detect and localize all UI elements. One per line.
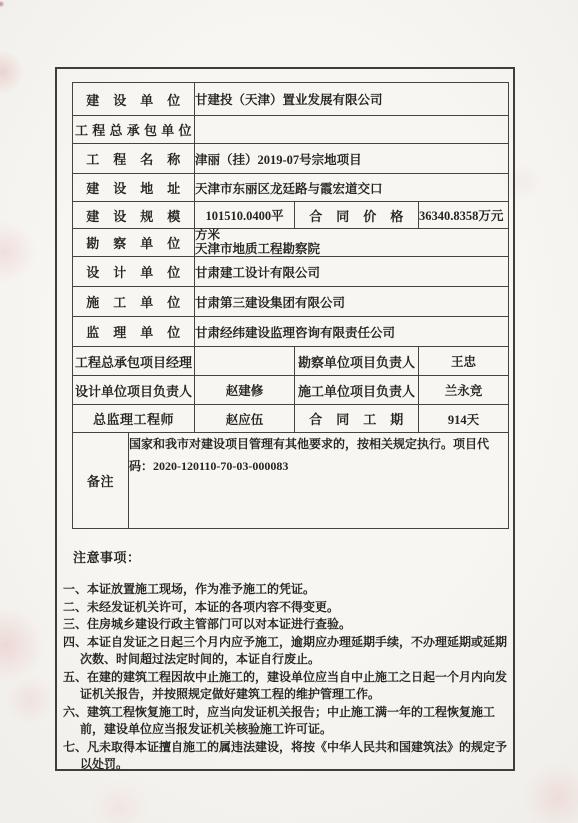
field-label: 施工单位项目负责人: [295, 376, 419, 405]
field-label: 总监理工程师: [73, 405, 195, 433]
notes-title: 注意事项：: [73, 547, 141, 566]
note-item: 五、在建的建筑工程因故中止施工的，建设单位应当自中止施工之日起一个月内向发 证机…: [63, 669, 515, 704]
field-label: 建 设 单 位: [73, 83, 195, 116]
field-value: 甘肃建工设计有限公司: [195, 257, 509, 287]
note-item: 二、未经发证机关许可，本证的各项内容不得变更。: [63, 599, 515, 617]
field-label: 工 程 总 承 包 单 位: [73, 116, 195, 144]
field-value: 王忠: [419, 347, 509, 376]
row-general-contractor: 工 程 总 承 包 单 位: [73, 116, 509, 144]
row-supervision-unit: 监 理 单 位 甘肃经纬建设监理咨询有限责任公司: [73, 317, 509, 347]
field-value: 914天: [419, 405, 509, 433]
field-value: 101510.0400平: [195, 202, 295, 229]
field-value: 津丽（挂）2019-07号宗地项目: [195, 144, 509, 174]
row-construction-company: 施 工 单 位 甘肃第三建设集团有限公司: [73, 287, 509, 317]
row-project-managers-3: 总监理工程师 赵应伍 合 同 工 期 914天: [73, 405, 509, 433]
field-value: [195, 116, 509, 144]
row-project-managers-2: 设计单位项目负责人 赵建修 施工单位项目负责人 兰永竞: [73, 376, 509, 405]
field-value: 国家和我市对建设项目管理有其他要求的，按相关规定执行。项目代 码：2020-12…: [129, 433, 509, 529]
field-label: 勘察单位项目负责人: [295, 347, 419, 376]
row-design-unit: 设 计 单 位 甘肃建工设计有限公司: [73, 257, 509, 287]
note-item: 七、凡未取得本证擅自施工的属违法建设，将按《中华人民共和国建筑法》的规定予 以处…: [63, 739, 515, 774]
row-remark: 备注 国家和我市对建设项目管理有其他要求的，按相关规定执行。项目代 码：2020…: [73, 433, 509, 529]
row-scale-and-price: 建 设 规 模 101510.0400平 合 同 价 格 36340.8358万…: [73, 202, 509, 229]
field-value: 甘肃经纬建设监理咨询有限责任公司: [195, 317, 509, 347]
field-value: 36340.8358万元: [419, 202, 509, 229]
scanned-form-page: 建 设 单 位 甘建投（天津）置业发展有限公司 工 程 总 承 包 单 位 工 …: [0, 0, 578, 823]
form-outer-border: 建 设 单 位 甘建投（天津）置业发展有限公司 工 程 总 承 包 单 位 工 …: [55, 67, 515, 771]
row-project-name: 工 程 名 称 津丽（挂）2019-07号宗地项目: [73, 144, 509, 174]
field-value: [195, 347, 295, 376]
field-value: 甘建投（天津）置业发展有限公司: [195, 83, 509, 116]
field-value: 赵应伍: [195, 405, 295, 433]
field-label: 合 同 价 格: [295, 202, 419, 229]
construction-permit-table: 建 设 单 位 甘建投（天津）置业发展有限公司 工 程 总 承 包 单 位 工 …: [72, 82, 509, 529]
row-construction-unit: 建 设 单 位 甘建投（天津）置业发展有限公司: [73, 83, 509, 116]
field-label: 工程总承包项目经理: [73, 347, 195, 376]
field-value: 天津市东丽区龙廷路与霞宏道交口: [195, 174, 509, 202]
field-value: 兰永竞: [419, 376, 509, 405]
row-survey-unit: 勘 察 单 位 方米 天津市地质工程勘察院: [73, 229, 509, 257]
field-label: 设计单位项目负责人: [73, 376, 195, 405]
note-item: 四、本证自发证之日起三个月内应予施工，逾期应办理延期手续，不办理延期或延期 次数…: [63, 634, 515, 669]
note-item: 六、建筑工程恢复施工时，应当向发证机关报告；中止施工满一年的工程恢复施工 前，建…: [63, 704, 515, 739]
field-label: 备注: [73, 433, 129, 529]
field-label: 监 理 单 位: [73, 317, 195, 347]
field-value: 甘肃第三建设集团有限公司: [195, 287, 509, 317]
note-item: 三、住房城乡建设行政主管部门可以对本证进行查验。: [63, 616, 515, 634]
note-item: 一、本证放置施工现场，作为准予施工的凭证。: [63, 581, 515, 599]
field-label: 建 设 规 模: [73, 202, 195, 229]
field-label: 勘 察 单 位: [73, 229, 195, 257]
row-project-managers-1: 工程总承包项目经理 勘察单位项目负责人 王忠: [73, 347, 509, 376]
field-label: 建 设 地 址: [73, 174, 195, 202]
notes-section: 一、本证放置施工现场，作为准予施工的凭证。 二、未经发证机关许可，本证的各项内容…: [63, 581, 515, 774]
row-construction-address: 建 设 地 址 天津市东丽区龙廷路与霞宏道交口: [73, 174, 509, 202]
field-value: 方米 天津市地质工程勘察院: [195, 229, 509, 257]
field-label: 合 同 工 期: [295, 405, 419, 433]
field-label: 施 工 单 位: [73, 287, 195, 317]
field-label: 工 程 名 称: [73, 144, 195, 174]
field-label: 设 计 单 位: [73, 257, 195, 287]
field-value: 赵建修: [195, 376, 295, 405]
